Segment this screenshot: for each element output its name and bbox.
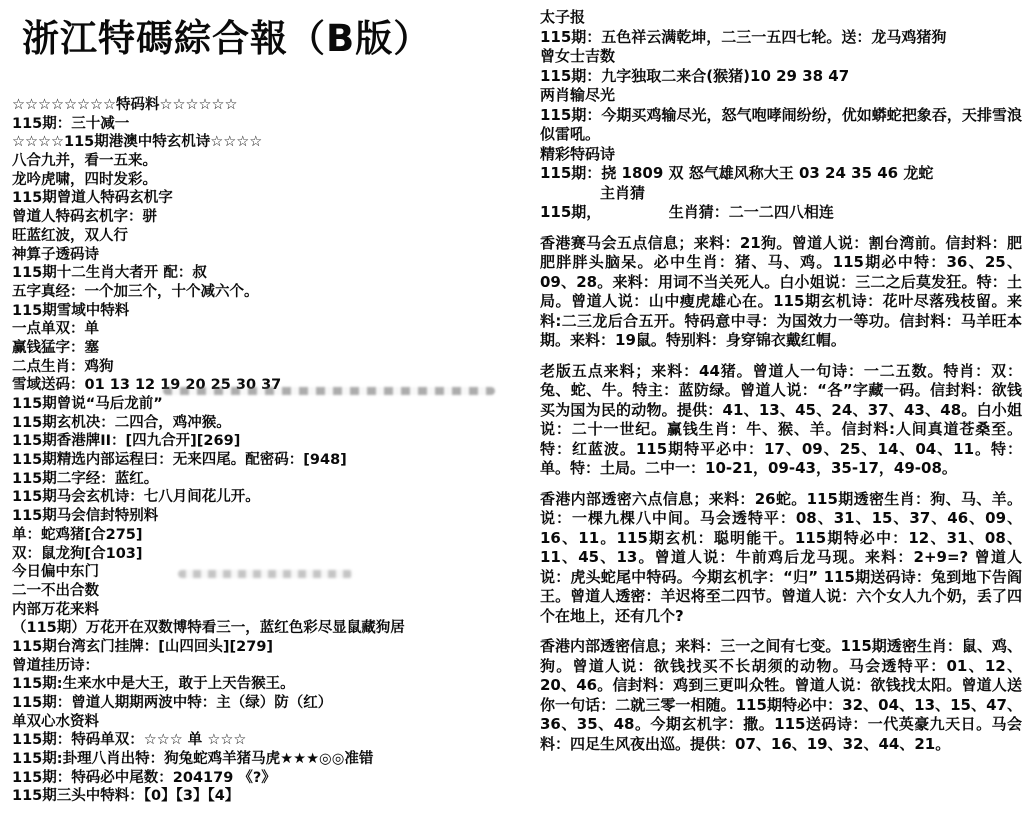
text-line: 两肖输尽光	[540, 86, 1022, 106]
report-paragraph: 香港内部透密信息；来料：三一之间有七变。115期透密生肖：鼠、鸡、狗。曾道人说：…	[540, 637, 1022, 754]
report-paragraph: 老版五点来料；来料：44猪。曾道人一句诗：一二五数。特肖：双：兔、蛇、牛。特主：…	[540, 362, 1022, 479]
right-column-headlines: 太子报115期：五色祥云满乾坤，二三一五四七轮。送：龙马鸡猪狗曾女士吉数115期…	[540, 8, 1022, 223]
text-line: 115期马会玄机诗：七八月间花儿开。	[12, 488, 512, 507]
page-title: 浙江特碼綜合報（B版）	[22, 8, 431, 62]
text-line: 单：蛇鸡猪[合275]	[12, 526, 512, 545]
text-line: 115期：今期买鸡输尽光，怒气咆哮闹纷纷，优如蟒蛇把象吞，天排雪浪似雷吼。	[540, 106, 1022, 145]
text-line: 115期香港牌II：[四九合开][269]	[12, 432, 512, 451]
text-line: 单双心水资料	[12, 713, 512, 732]
text-line: 雪域送码：01 13 12 19 20 25 30 37	[12, 376, 512, 395]
text-line: 115期马会信封特别料	[12, 507, 512, 526]
text-line: 115期：曾道人期期两波中特：主（绿）防（红）	[12, 694, 512, 713]
left-column: ☆☆☆☆☆☆☆☆特码料☆☆☆☆☆☆115期：三十减一☆☆☆☆115期港澳中特玄机…	[12, 96, 512, 806]
text-line: 115期二字经：蓝红。	[12, 470, 512, 489]
text-line: 115期：九字独取二来合(猴猪)10 29 38 47	[540, 67, 1022, 87]
text-line: 赢钱猛字：塞	[12, 339, 512, 358]
text-line: 内部万花来料	[12, 601, 512, 620]
text-line: 115期曾说“马后龙前”	[12, 395, 512, 414]
text-line: 115期精选内部运程曰：无来四尾。配密码：[948]	[12, 451, 512, 470]
text-line: 曾道挂历诗：	[12, 657, 512, 676]
text-line: 115期：特码单双：☆☆☆ 单 ☆☆☆	[12, 731, 512, 750]
report-paragraph: 香港内部透密六点信息；来料：26蛇。115期透密生肖：狗、马、羊。说：一棵九棵八…	[540, 490, 1022, 627]
text-line: 神算子透码诗	[12, 246, 512, 265]
text-line: 115期:卦理八肖出特：狗兔蛇鸡羊猪马虎★★★◎◎准错	[12, 750, 512, 769]
text-line: 115期玄机决：二四合，鸡冲猴。	[12, 414, 512, 433]
text-line: 太子报	[540, 8, 1022, 28]
text-line: 八合九并，看一五来。	[12, 152, 512, 171]
text-line: 115期， 生肖猜：二一二四八相连	[540, 203, 1022, 223]
text-line: 二一不出合数	[12, 582, 512, 601]
report-paragraph: 香港赛马会五点信息；来料：21狗。曾道人说：割台湾前。信封料：肥肥胖胖头脑呆。必…	[540, 234, 1022, 351]
text-line: 精彩特码诗	[540, 145, 1022, 165]
text-line: 115期：特码必中尾数：204179 《?》	[12, 769, 512, 788]
text-line: 主肖猜	[540, 184, 1022, 204]
text-line: 五字真经：一个加三个，十个减六个。	[12, 283, 512, 302]
text-line: 曾女士吉数	[540, 47, 1022, 67]
text-line: 115期：三十减一	[12, 115, 512, 134]
right-column: 太子报115期：五色祥云满乾坤，二三一五四七轮。送：龙马鸡猪狗曾女士吉数115期…	[540, 8, 1022, 754]
text-line: 龙吟虎啸，四时发彩。	[12, 171, 512, 190]
text-line: 115期十二生肖大者开 配：叔	[12, 264, 512, 283]
text-line: 曾道人特码玄机字：骈	[12, 208, 512, 227]
text-line: 一点单双：单	[12, 320, 512, 339]
text-line: ☆☆☆☆115期港澳中特玄机诗☆☆☆☆	[12, 133, 512, 152]
text-line: （115期）万花开在双数博特看三一，蓝红色彩尽显鼠藏狗居	[12, 619, 512, 638]
text-line: 今日偏中东门	[12, 563, 512, 582]
text-line: 二点生肖：鸡狗	[12, 358, 512, 377]
text-line: ☆☆☆☆☆☆☆☆特码料☆☆☆☆☆☆	[12, 96, 512, 115]
text-line: 115期台湾玄门挂牌：[山四回头][279]	[12, 638, 512, 657]
right-column-paragraphs: 香港赛马会五点信息；来料：21狗。曾道人说：割台湾前。信封料：肥肥胖胖头脑呆。必…	[540, 234, 1022, 755]
text-line: 双：鼠龙狗[合103]	[12, 545, 512, 564]
text-line: 115期曾道人特码玄机字	[12, 189, 512, 208]
text-line: 115期雪域中特料	[12, 302, 512, 321]
text-line: 115期：挠 1809 双 怒气雄风称大王 03 24 35 46 龙蛇	[540, 164, 1022, 184]
text-line: 115期：五色祥云满乾坤，二三一五四七轮。送：龙马鸡猪狗	[540, 28, 1022, 48]
text-line: 115期:生来水中是大王，敢于上天告猴王。	[12, 675, 512, 694]
text-line: 旺蓝红波，双人行	[12, 227, 512, 246]
text-line: 115期三头中特料：【0】【3】【4】	[12, 787, 512, 806]
